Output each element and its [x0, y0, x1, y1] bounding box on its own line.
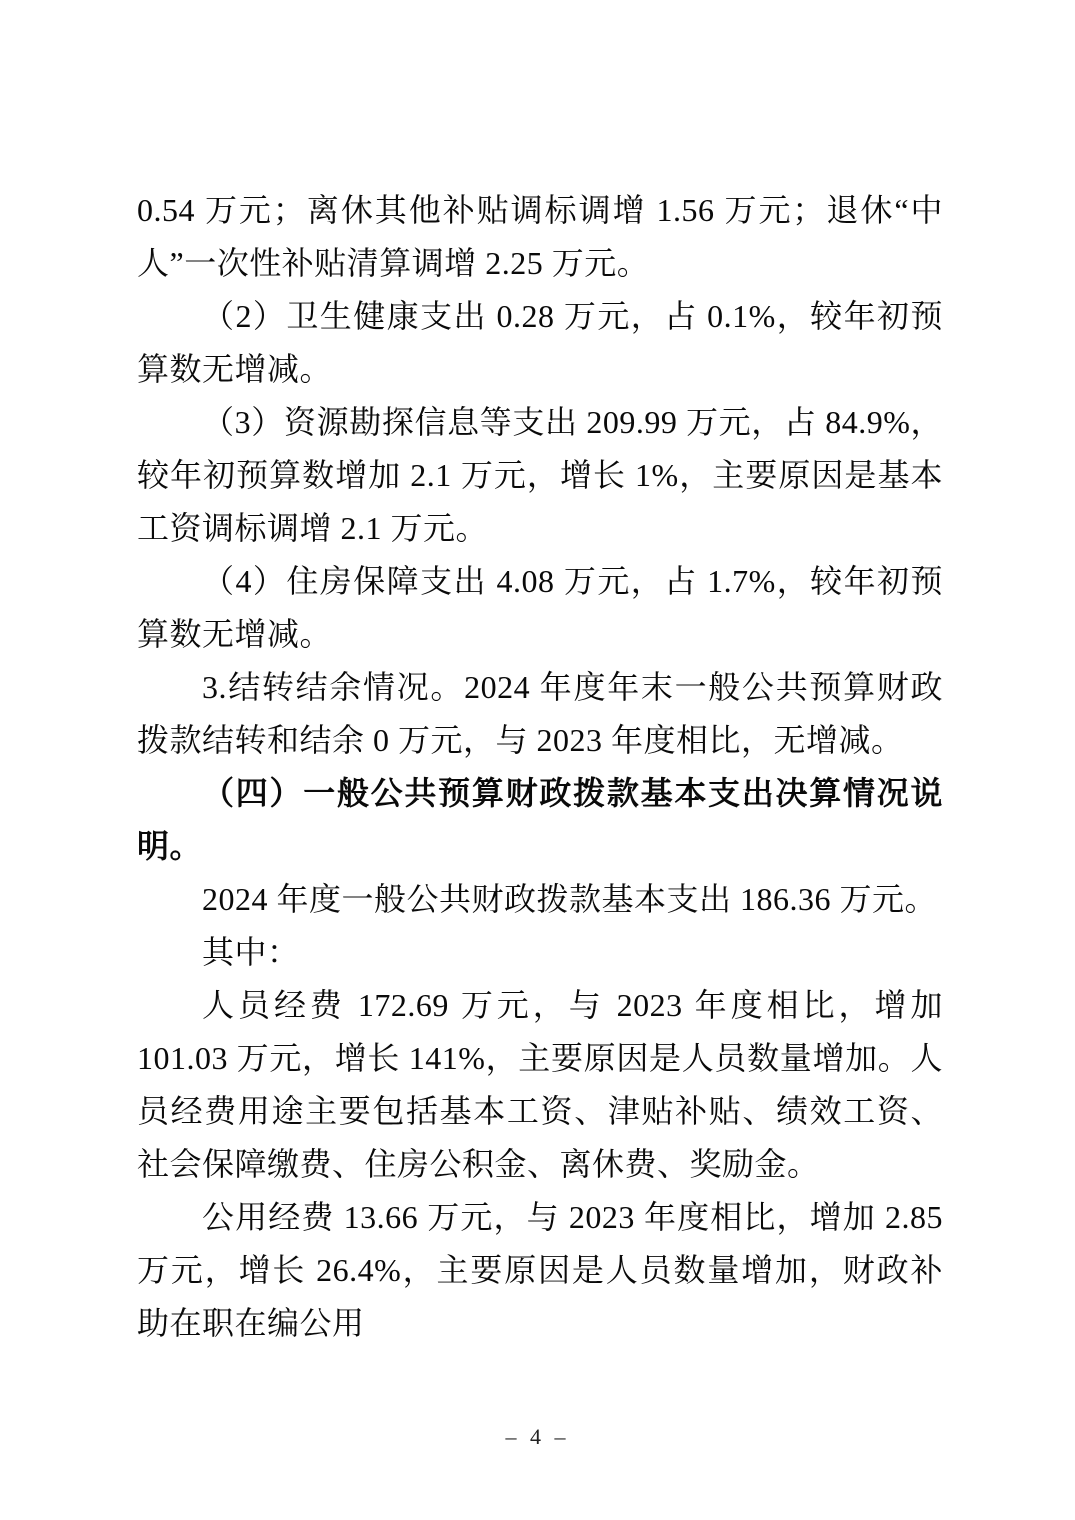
- paragraph-personnel-funds: 人员经费 172.69 万元，与 2023 年度相比，增加 101.03 万元，…: [137, 979, 943, 1191]
- page-number: – 4 –: [0, 1424, 1075, 1450]
- paragraph-public-funds: 公用经费 13.66 万元，与 2023 年度相比，增加 2.85 万元，增长 …: [137, 1191, 943, 1350]
- document-page: 0.54 万元；离休其他补贴调标调增 1.56 万元；退休“中人”一次性补贴清算…: [0, 0, 1075, 1520]
- paragraph-continuation-retiree-subsidy: 0.54 万元；离休其他补贴调标调增 1.56 万元；退休“中人”一次性补贴清算…: [137, 184, 943, 290]
- paragraph-item-3-resource-exploration-expenditure: （3）资源勘探信息等支出 209.99 万元，占 84.9%，较年初预算数增加 …: [137, 396, 943, 555]
- paragraph-basic-expenditure-total: 2024 年度一般公共财政拨款基本支出 186.36 万元。: [137, 873, 943, 926]
- among-which-label: 其中：: [137, 926, 943, 979]
- paragraph-item-4-housing-security-expenditure: （4）住房保障支出 4.08 万元，占 1.7%，较年初预算数无增减。: [137, 555, 943, 661]
- paragraph-carryover-balance: 3.结转结余情况。2024 年度年末一般公共预算财政拨款结转和结余 0 万元，与…: [137, 661, 943, 767]
- document-body: 0.54 万元；离休其他补贴调标调增 1.56 万元；退休“中人”一次性补贴清算…: [137, 184, 943, 1350]
- paragraph-item-2-health-expenditure: （2）卫生健康支出 0.28 万元，占 0.1%，较年初预算数无增减。: [137, 290, 943, 396]
- section-4-heading: （四）一般公共预算财政拨款基本支出决算情况说明。: [137, 767, 943, 873]
